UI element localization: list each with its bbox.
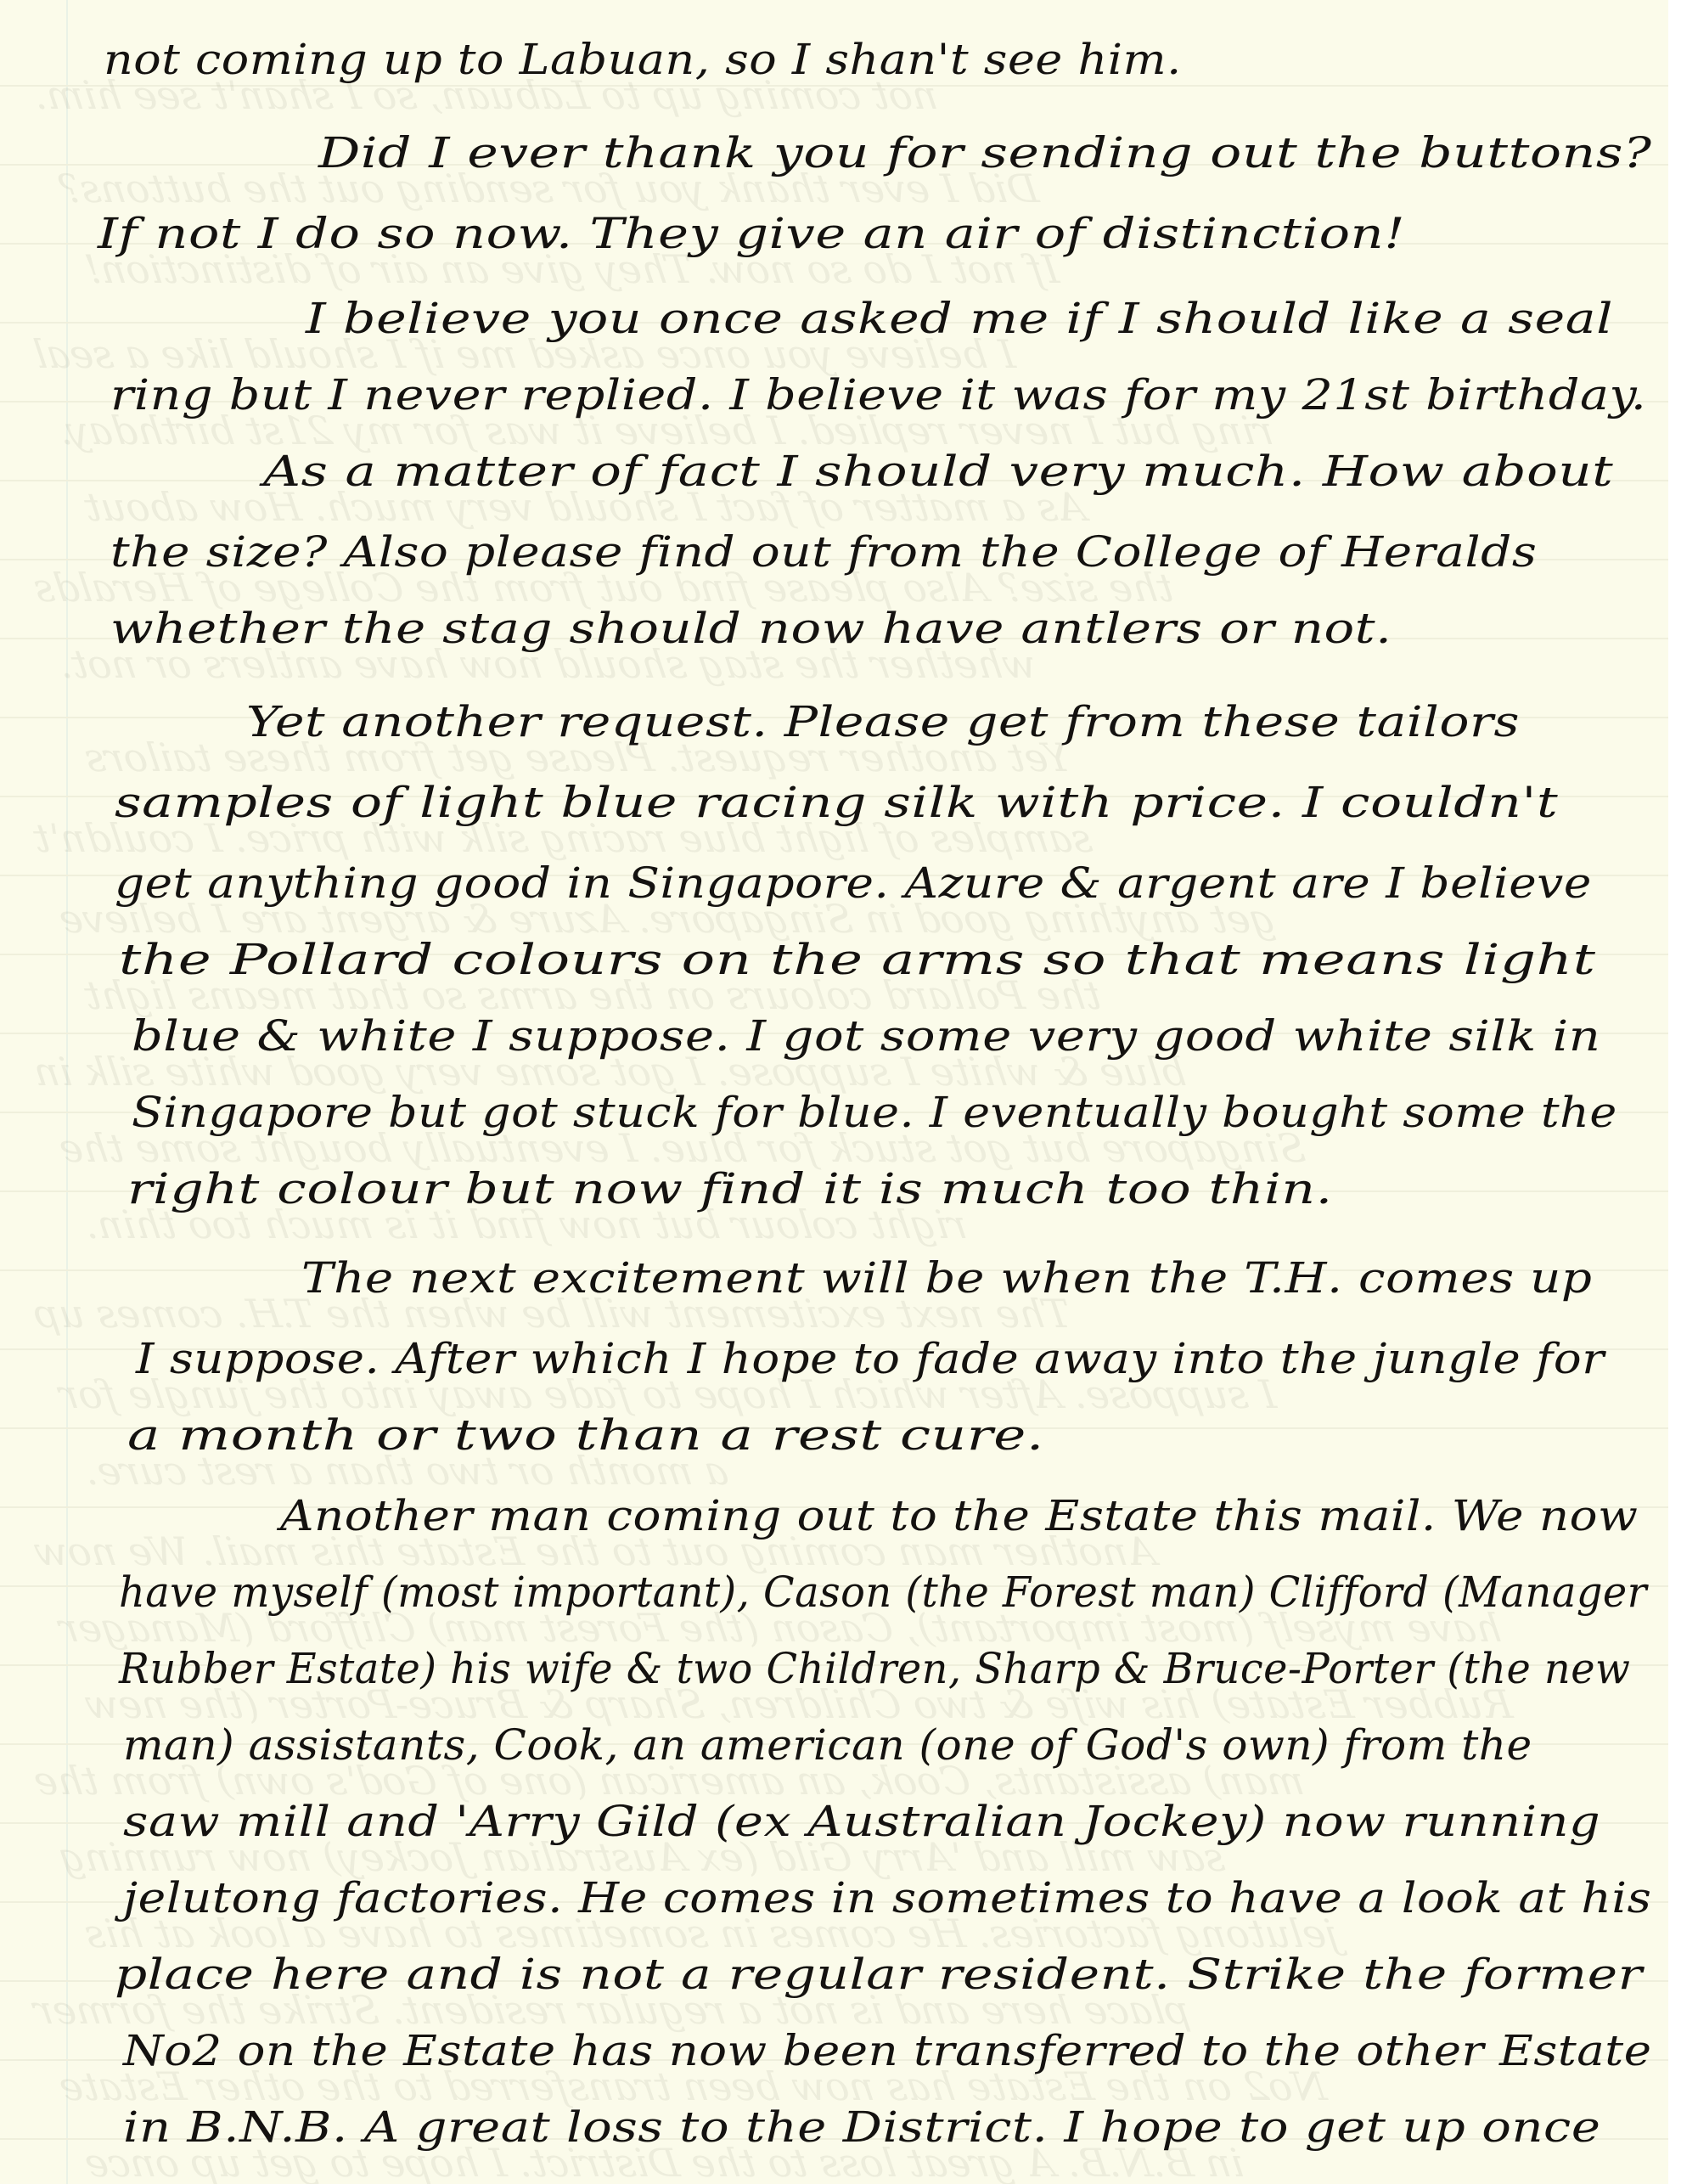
text-line: I believe you once asked me if I should … <box>306 293 1613 344</box>
text-line: The next excitement will be when the T.H… <box>301 1252 1593 1303</box>
text-line: I suppose. After which I hope to fade aw… <box>136 1333 1605 1384</box>
text-line: ring but I never replied. I believe it w… <box>110 369 1646 420</box>
text-line: Did I ever thank you for sending out the… <box>318 127 1652 178</box>
text-line: saw mill and 'Arry Gild (ex Australian J… <box>123 1796 1600 1847</box>
text-line: Rubber Estate) his wife & two Children, … <box>119 1643 1630 1694</box>
text-line: No2 on the Estate has now been transferr… <box>123 2025 1652 2076</box>
text-line: As a matter of fact I should very much. … <box>263 446 1613 497</box>
letter-page: not coming up to Labuan, so I shan't see… <box>0 0 1668 2184</box>
text-line: blue & white I suppose. I got some very … <box>132 1010 1600 1061</box>
text-line: Singapore but got stuck for blue. I even… <box>132 1087 1617 1138</box>
text-line: have myself (most important), Cason (the… <box>119 1567 1647 1618</box>
text-line: the Pollard colours on the arms so that … <box>119 934 1596 985</box>
text-line: Another man coming out to the Estate thi… <box>280 1490 1639 1541</box>
text-line: whether the stag should now have antlers… <box>110 603 1392 654</box>
text-line: place here and is not a regular resident… <box>115 1949 1643 2000</box>
text-line: get anything good in Singapore. Azure & … <box>115 858 1592 909</box>
text-line: in B.N.B. A great loss to the District. … <box>123 2102 1600 2153</box>
text-line: man) assistants, Cook, an american (one … <box>123 1720 1532 1770</box>
text-line: samples of light blue racing silk with p… <box>115 777 1558 828</box>
text-line: the size? Also please find out from the … <box>110 526 1537 577</box>
text-line: Yet another request. Please get from the… <box>246 696 1520 747</box>
text-line: jelutong factories. He comes in sometime… <box>123 1872 1651 1923</box>
text-line: not coming up to Labuan, so I shan't see… <box>104 34 1182 85</box>
text-line: right colour but now find it is much too… <box>127 1163 1333 1214</box>
text-line: a month or two than a rest cure. <box>127 1410 1044 1461</box>
text-line: If not I do so now. They give an air of … <box>98 208 1405 259</box>
